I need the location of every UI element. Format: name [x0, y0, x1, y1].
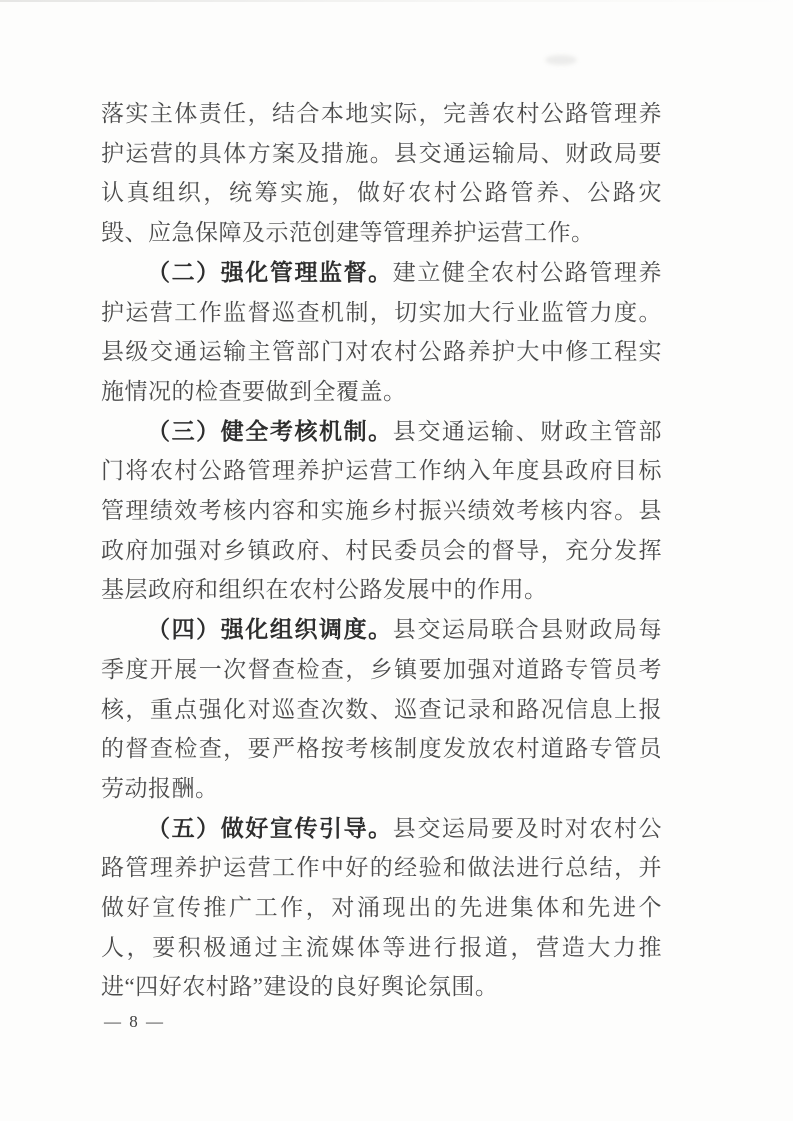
paragraph-section-5: （五）做好宣传引导。县交运局要及时对农村公路管理养护运营工作中好的经验和做法进行… — [101, 809, 662, 1008]
document-body: 落实主体责任，结合本地实际，完善农村公路管理养护运营的具体方案及措施。县交通运输… — [101, 94, 662, 1007]
scanned-document-page: 落实主体责任，结合本地实际，完善农村公路管理养护运营的具体方案及措施。县交通运输… — [0, 0, 793, 1121]
paragraph-continuation: 落实主体责任，结合本地实际，完善农村公路管理养护运营的具体方案及措施。县交通运输… — [101, 94, 662, 253]
paragraph-text: 县交运局联合县财政局每季度开展一次督查检查，乡镇要加强对道路专管员考核，重点强化… — [101, 617, 662, 801]
scan-smudge-artifact — [545, 55, 577, 65]
paragraph-section-4: （四）强化组织调度。县交运局联合县财政局每季度开展一次督查检查，乡镇要加强对道路… — [101, 610, 662, 809]
paragraph-section-3: （三）健全考核机制。县交通运输、财政主管部门将农村公路管理养护运营工作纳入年度县… — [101, 412, 662, 611]
paragraph-heading: （四）强化组织调度。 — [147, 617, 393, 642]
paragraph-heading: （三）健全考核机制。 — [147, 419, 393, 444]
paragraph-heading: （五）做好宣传引导。 — [147, 816, 393, 841]
paragraph-section-2: （二）强化管理监督。建立健全农村公路管理养护运营工作监督巡查机制，切实加大行业监… — [101, 253, 662, 412]
paragraph-text: 县交通运输、财政主管部门将农村公路管理养护运营工作纳入年度县政府目标管理绩效考核… — [101, 419, 662, 603]
page-number: — 8 — — [104, 1012, 165, 1032]
paragraph-text: 县交运局要及时对农村公路管理养护运营工作中好的经验和做法进行总结，并做好宣传推广… — [101, 816, 662, 1000]
paragraph-text: 落实主体责任，结合本地实际，完善农村公路管理养护运营的具体方案及措施。县交通运输… — [101, 101, 662, 245]
paragraph-heading: （二）强化管理监督。 — [147, 260, 393, 285]
